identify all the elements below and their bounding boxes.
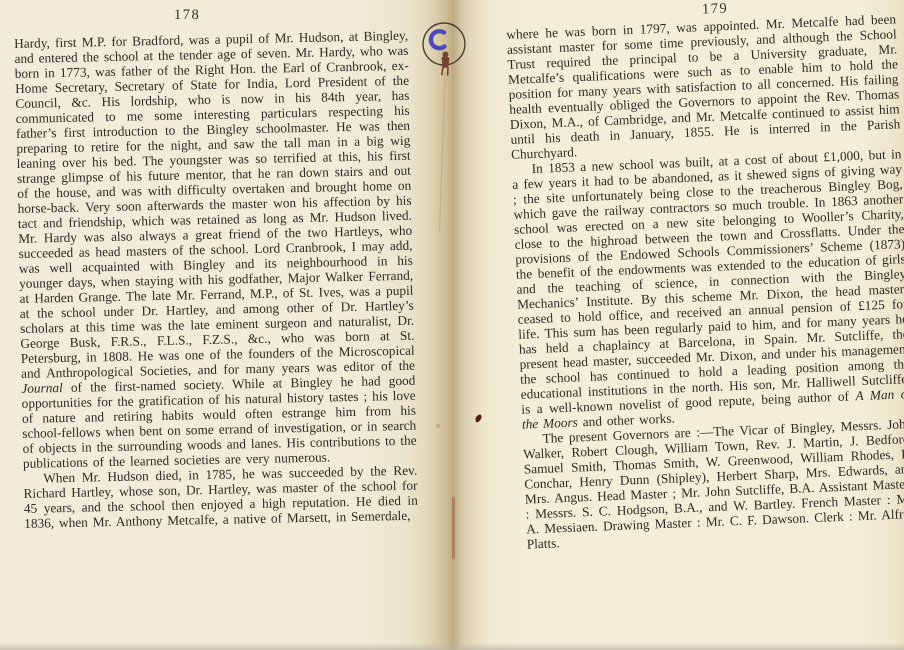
left-page-bottom-edge — [0, 643, 452, 650]
charm-thread — [440, 74, 446, 232]
seated-figure-icon — [442, 52, 450, 76]
gutter-streak — [452, 497, 455, 559]
paragraph: When Mr. Hudson died, in 1785, he was su… — [23, 463, 418, 531]
paragraph: where he was born in 1797, was appointed… — [506, 11, 901, 162]
body-text: Hardy, first M.P. for Bradford, was a pu… — [14, 28, 415, 381]
paragraph: The present Governors are :—The Vicar of… — [522, 416, 904, 552]
body-text: In 1853 a new school was built, at a cos… — [512, 146, 904, 416]
crescent-icon — [431, 31, 445, 48]
right-page-bottom-edge — [452, 643, 904, 650]
body-text: The present Governors are :—The Vicar of… — [523, 416, 904, 552]
body-text: When Mr. Hudson died, in 1785, he was su… — [23, 463, 418, 531]
body-text: of the first-named society. While at Bin… — [22, 373, 417, 471]
ink-marks — [430, 406, 494, 438]
italic-text: Journal — [21, 380, 63, 396]
gutter-charm — [414, 14, 484, 249]
book-spread: 178 179 Hardy, first M.P. for Bradford, … — [0, 0, 904, 650]
body-text: where he was born in 1797, was appointed… — [506, 11, 901, 162]
text-column-right: where he was born in 1797, was appointed… — [506, 11, 904, 551]
text-column-left: Hardy, first M.P. for Bradford, was a pu… — [14, 28, 418, 531]
ink-blot-icon — [476, 415, 482, 423]
paragraph: Hardy, first M.P. for Bradford, was a pu… — [14, 28, 417, 471]
paragraph: In 1853 a new school was built, at a cos… — [511, 146, 904, 431]
page-number-right: 179 — [702, 1, 729, 19]
faint-dot-icon — [436, 424, 440, 428]
page-number-left: 178 — [174, 7, 200, 24]
